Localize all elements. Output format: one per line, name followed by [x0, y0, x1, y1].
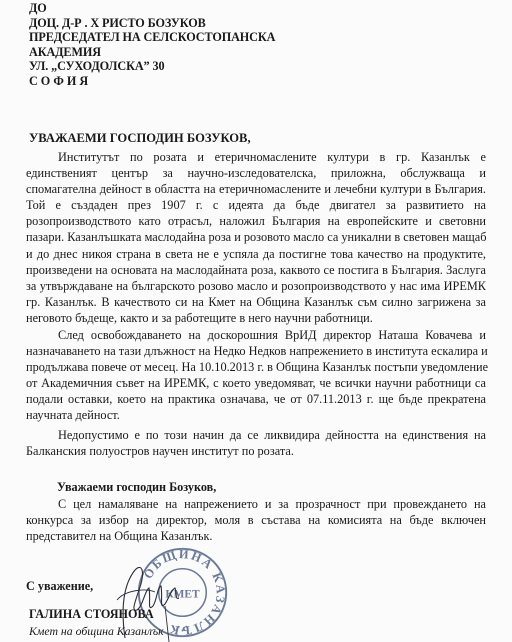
text-line: С цел намаляване на напрежението и за пр… [26, 496, 486, 512]
secondary-salutation: Уважаеми господин Бозуков, [57, 480, 216, 495]
text-line: Балканския полуостров научен институт по… [26, 443, 486, 459]
recipient-street: УЛ. „СУХОДОЛСКА” 30 [29, 59, 275, 74]
text-line: продължава повече от месец. На 10.10.201… [26, 359, 486, 375]
signatory-name: ГАЛИНА СТОЯНОВА [29, 607, 154, 622]
salutation-heading: УВАЖАЕМИ ГОСПОДИН БОЗУКОВ, [29, 131, 251, 146]
recipient-title-line2: АКАДЕМИЯ [29, 45, 275, 60]
recipient-address-block: ДО ДОЦ. Д-Р . Х РИСТО БОЗУКОВ ПРЕДСЕДАТЕ… [29, 1, 275, 89]
text-line: пазари. Казанлъшката маслодайна роза и р… [26, 229, 486, 245]
recipient-to: ДО [29, 1, 275, 16]
recipient-title-line1: ПРЕДСЕДАТЕЛ НА СЕЛСКОСТОПАНСКА [29, 30, 275, 45]
closing-phrase: С уважение, [26, 579, 93, 594]
text-line: назначаването на тази длъжност на Недко … [26, 343, 486, 359]
paragraph-institute-intro: Институтът по розата и етеричномаслените… [26, 149, 486, 326]
text-line: След освобождаването на доскорошния ВрИД… [26, 327, 486, 343]
text-line: Институтът по розата и етеричномаслените… [26, 149, 486, 165]
text-line: представител на Община Казанлък. [26, 528, 486, 544]
text-line: единственият център за научно-изследоват… [26, 165, 486, 181]
text-line: и до днес никоя страна в света не е успя… [26, 246, 486, 262]
recipient-city: СОФИЯ [29, 74, 275, 89]
text-line: за утвърждаване на българското розово ма… [26, 278, 486, 294]
text-line: от Академичния съвет на ИРЕМК, с което у… [26, 375, 486, 391]
text-line: Недопустимо е по този начин да се ликвид… [26, 427, 486, 443]
text-line: научната дейност. [26, 407, 486, 423]
text-line: подали оставки, което на практика означа… [26, 391, 486, 407]
text-line: произведени на основата на маслодайната … [26, 262, 486, 278]
text-line: спомагателна дейност в областта на етери… [26, 181, 486, 197]
paragraph-request: С цел намаляване на напрежението и за пр… [26, 496, 486, 544]
recipient-name: ДОЦ. Д-Р . Х РИСТО БОЗУКОВ [29, 16, 275, 31]
paragraph-director-situation: След освобождаването на доскорошния ВрИД… [26, 327, 486, 424]
text-line: конкурса за избор на директор, моля в съ… [26, 512, 486, 528]
paragraph-inadmissible: Недопустимо е по този начин да се ликвид… [26, 427, 486, 459]
text-line: неговото бъдеще, както и за работещите в… [26, 310, 486, 326]
text-line: Той е създаден през 1907 г. с идеята да … [26, 197, 486, 213]
text-line: розопроизводството като отрасъл, наложил… [26, 213, 486, 229]
letter-page: ДО ДОЦ. Д-Р . Х РИСТО БОЗУКОВ ПРЕДСЕДАТЕ… [0, 0, 512, 642]
signatory-title: Кмет на община Казанлък [29, 624, 164, 639]
text-line: гр. Казанлък. В качеството си на Кмет на… [26, 294, 486, 310]
